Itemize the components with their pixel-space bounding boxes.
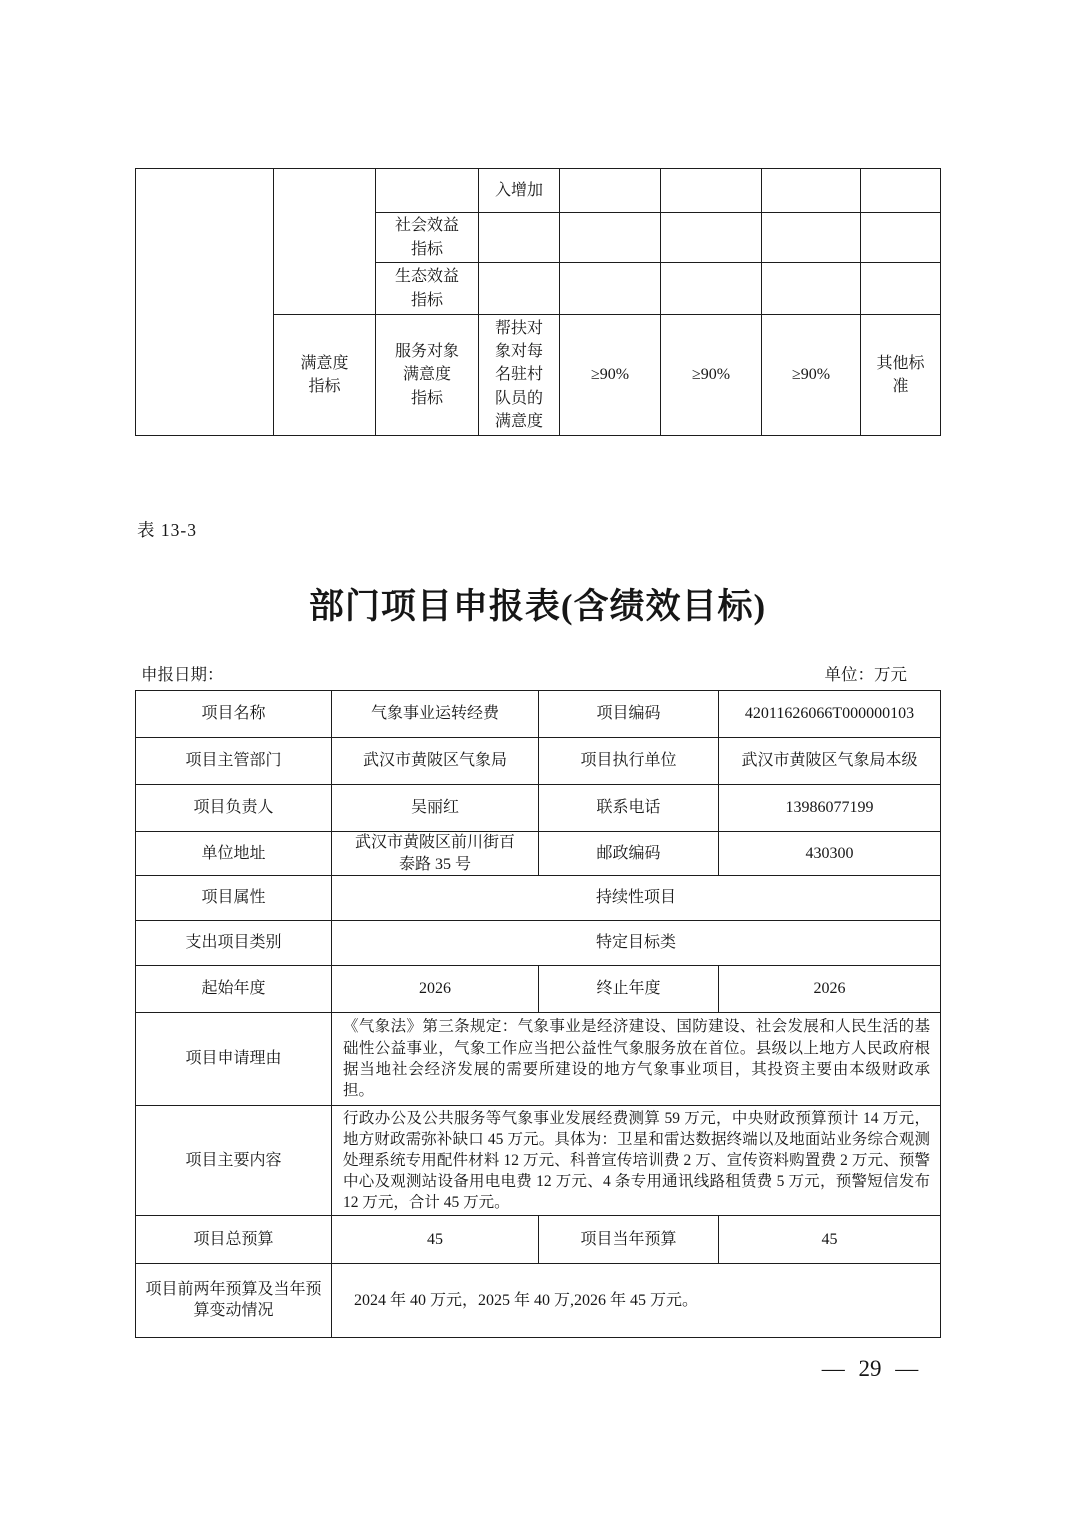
- empty-lead-cell: [136, 169, 274, 436]
- empty-value-cell: [560, 169, 661, 213]
- empty-value-cell: [861, 263, 941, 315]
- helped-object-satisfaction-cell: 帮扶对 象对每 名驻村 队员的 满意度: [479, 315, 560, 436]
- phone-label: 联系电话: [539, 785, 719, 832]
- empty-value-cell: [661, 263, 762, 315]
- table-row: 起始年度 2026 终止年度 2026: [136, 966, 941, 1013]
- attribute-value: 持续性项目: [332, 876, 941, 921]
- target-value-cell: ≥90%: [661, 315, 762, 436]
- reason-label: 项目申请理由: [136, 1013, 332, 1106]
- empty-value-cell: [762, 263, 861, 315]
- service-object-satisfaction-cell: 服务对象 满意度 指标: [376, 315, 479, 436]
- table-row: 项目主要内容 行政办公及公共服务等气象事业发展经费测算 59 万元，中央财政预算…: [136, 1105, 941, 1215]
- unit-label: 单位：万元: [135, 661, 907, 685]
- empty-value-cell: [762, 169, 861, 213]
- exec-unit-label: 项目执行单位: [539, 738, 719, 785]
- table-row: 项目属性 持续性项目: [136, 876, 941, 921]
- current-budget-value: 45: [719, 1215, 941, 1263]
- postcode-value: 430300: [719, 832, 941, 876]
- empty-value-cell: [479, 263, 560, 315]
- page-title: 部门项目申报表(含绩效目标): [135, 579, 940, 629]
- empty-value-cell: [560, 263, 661, 315]
- project-code-value: 42011626066T000000103: [719, 691, 941, 738]
- reason-value: 《气象法》第三条规定：气象事业是经济建设、国防建设、社会发展和人民生活的基础性公…: [332, 1013, 941, 1106]
- address-value: 武汉市黄陂区前川街百 泰路 35 号: [332, 832, 539, 876]
- current-budget-label: 项目当年预算: [539, 1215, 719, 1263]
- address-label: 单位地址: [136, 832, 332, 876]
- satisfaction-category-cell: 满意度 指标: [274, 315, 376, 436]
- empty-indicator-cell: [376, 169, 479, 213]
- leader-value: 吴丽红: [332, 785, 539, 832]
- dept-label: 项目主管部门: [136, 738, 332, 785]
- empty-value-cell: [762, 213, 861, 263]
- social-benefit-indicator-cell: 社会效益 指标: [376, 213, 479, 263]
- empty-value-cell: [560, 213, 661, 263]
- target-value-cell: ≥90%: [762, 315, 861, 436]
- end-year-label: 终止年度: [539, 966, 719, 1013]
- content-label: 项目主要内容: [136, 1105, 332, 1215]
- total-budget-label: 项目总预算: [136, 1215, 332, 1263]
- exec-unit-value: 武汉市黄陂区气象局本级: [719, 738, 941, 785]
- postcode-label: 邮政编码: [539, 832, 719, 876]
- empty-group-cell: [274, 169, 376, 315]
- leader-label: 项目负责人: [136, 785, 332, 832]
- table-row: 项目总预算 45 项目当年预算 45: [136, 1215, 941, 1263]
- empty-value-cell: [479, 213, 560, 263]
- continuation-table: 入增加 社会效益 指标 生态效益 指标 满意度 指标 服务对象 满意度 指标 帮…: [135, 168, 941, 436]
- project-name-label: 项目名称: [136, 691, 332, 738]
- start-year-value: 2026: [332, 966, 539, 1013]
- project-name-value: 气象事业运转经费: [332, 691, 539, 738]
- table-number-label: 表 13-3: [137, 517, 197, 542]
- table-row: 支出项目类别 特定目标类: [136, 921, 941, 966]
- prev-budget-label: 项目前两年预算及当年预 算变动情况: [136, 1263, 332, 1337]
- empty-value-cell: [661, 169, 762, 213]
- table-row: 单位地址 武汉市黄陂区前川街百 泰路 35 号 邮政编码 430300: [136, 832, 941, 876]
- end-year-value: 2026: [719, 966, 941, 1013]
- page-number: — 29 —: [805, 1356, 935, 1382]
- table-row: 项目申请理由 《气象法》第三条规定：气象事业是经济建设、国防建设、社会发展和人民…: [136, 1013, 941, 1106]
- other-standard-cell: 其他标 准: [861, 315, 941, 436]
- project-code-label: 项目编码: [539, 691, 719, 738]
- table-row: 项目名称 气象事业运转经费 项目编码 42011626066T000000103: [136, 691, 941, 738]
- income-increase-cell: 入增加: [479, 169, 560, 213]
- document-page: { "page": { "table_label": "表 13-3", "ti…: [0, 0, 1074, 1520]
- start-year-label: 起始年度: [136, 966, 332, 1013]
- table-row: 项目主管部门 武汉市黄陂区气象局 项目执行单位 武汉市黄陂区气象局本级: [136, 738, 941, 785]
- eco-benefit-indicator-cell: 生态效益 指标: [376, 263, 479, 315]
- empty-value-cell: [661, 213, 762, 263]
- content-value: 行政办公及公共服务等气象事业发展经费测算 59 万元，中央财政预算预计 14 万…: [332, 1105, 941, 1215]
- dept-value: 武汉市黄陂区气象局: [332, 738, 539, 785]
- empty-value-cell: [861, 213, 941, 263]
- empty-value-cell: [861, 169, 941, 213]
- attribute-label: 项目属性: [136, 876, 332, 921]
- phone-value: 13986077199: [719, 785, 941, 832]
- table-row: 项目前两年预算及当年预 算变动情况 2024 年 40 万元，2025 年 40…: [136, 1263, 941, 1337]
- category-label: 支出项目类别: [136, 921, 332, 966]
- prev-budget-value: 2024 年 40 万元，2025 年 40 万,2026 年 45 万元。: [332, 1263, 941, 1337]
- target-value-cell: ≥90%: [560, 315, 661, 436]
- total-budget-value: 45: [332, 1215, 539, 1263]
- main-table: 项目名称 气象事业运转经费 项目编码 42011626066T000000103…: [135, 690, 941, 1338]
- category-value: 特定目标类: [332, 921, 941, 966]
- table-row: 项目负责人 吴丽红 联系电话 13986077199: [136, 785, 941, 832]
